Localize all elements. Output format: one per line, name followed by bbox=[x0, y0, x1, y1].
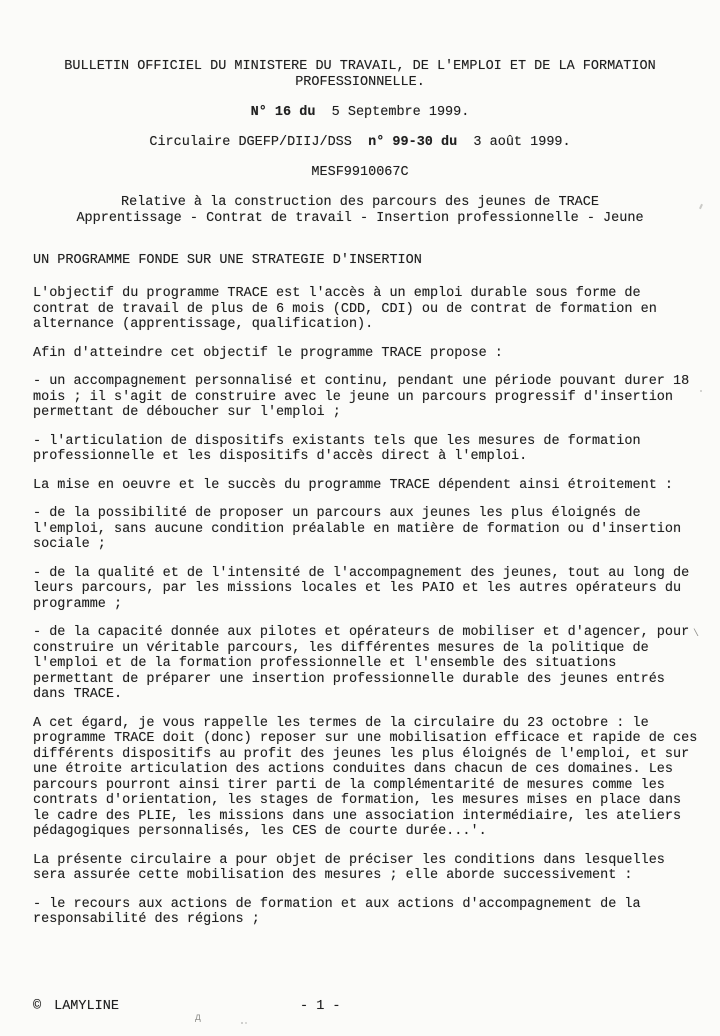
circular-line: Circulaire DGEFP/DIIJ/DSS n° 99-30 du 3 … bbox=[0, 135, 720, 151]
bulletin-title-line2: PROFESSIONNELLE. bbox=[0, 75, 720, 91]
paragraph: - de la possibilité de proposer un parco… bbox=[33, 506, 720, 553]
paragraph: - de la capacité donnée aux pilotes et o… bbox=[33, 625, 720, 703]
paragraph: La présente circulaire a pour objet de p… bbox=[33, 853, 720, 884]
reference-code: MESF9910067C bbox=[0, 165, 720, 181]
section-heading: UN PROGRAMME FONDE SUR UNE STRATEGIE D'I… bbox=[33, 253, 720, 269]
scan-speck: \ bbox=[693, 629, 699, 640]
paragraph: - un accompagnement personnalisé et cont… bbox=[33, 374, 720, 421]
publisher-name: LAMYLINE bbox=[54, 999, 119, 1014]
bulletin-title-line1: BULLETIN OFFICIEL DU MINISTERE DU TRAVAI… bbox=[0, 59, 720, 75]
bold-text-segment: n° 99-30 du bbox=[368, 135, 457, 150]
paragraph: A cet égard, je vous rappelle les termes… bbox=[33, 716, 720, 840]
document-header: BULLETIN OFFICIEL DU MINISTERE DU TRAVAI… bbox=[0, 0, 720, 227]
page-number: - 1 - bbox=[300, 999, 341, 1015]
text-segment: 3 août 1999. bbox=[457, 135, 570, 150]
scan-speck bbox=[700, 390, 702, 392]
paragraph: Afin d'atteindre cet objectif le program… bbox=[33, 346, 720, 362]
scanned-document-page: BULLETIN OFFICIEL DU MINISTERE DU TRAVAI… bbox=[0, 0, 720, 1036]
scan-speck: д bbox=[195, 1013, 201, 1024]
subject-line2: Apprentissage - Contrat de travail - Ins… bbox=[0, 211, 720, 227]
paragraph: La mise en oeuvre et le succès du progra… bbox=[33, 478, 720, 494]
text-segment: Circulaire DGEFP/DIIJ/DSS bbox=[149, 135, 368, 150]
paragraph: - le recours aux actions de formation et… bbox=[33, 897, 720, 928]
paragraph: - l'articulation de dispositifs existant… bbox=[33, 434, 720, 465]
subject-line1: Relative à la construction des parcours … bbox=[0, 195, 720, 211]
text-segment: 5 Septembre 1999. bbox=[315, 105, 469, 120]
copyright-icon: © bbox=[33, 999, 41, 1015]
document-body: L'objectif du programme TRACE est l'accè… bbox=[33, 286, 720, 928]
paragraph: - de la qualité et de l'intensité de l'a… bbox=[33, 566, 720, 613]
scan-speck bbox=[245, 1022, 247, 1024]
issue-line: N° 16 du 5 Septembre 1999. bbox=[0, 105, 720, 121]
copyright-notice: ©LAMYLINE bbox=[33, 999, 119, 1015]
bold-text-segment: N° 16 du bbox=[251, 105, 316, 120]
scan-speck bbox=[241, 1022, 243, 1024]
paragraph: L'objectif du programme TRACE est l'accè… bbox=[33, 286, 720, 333]
